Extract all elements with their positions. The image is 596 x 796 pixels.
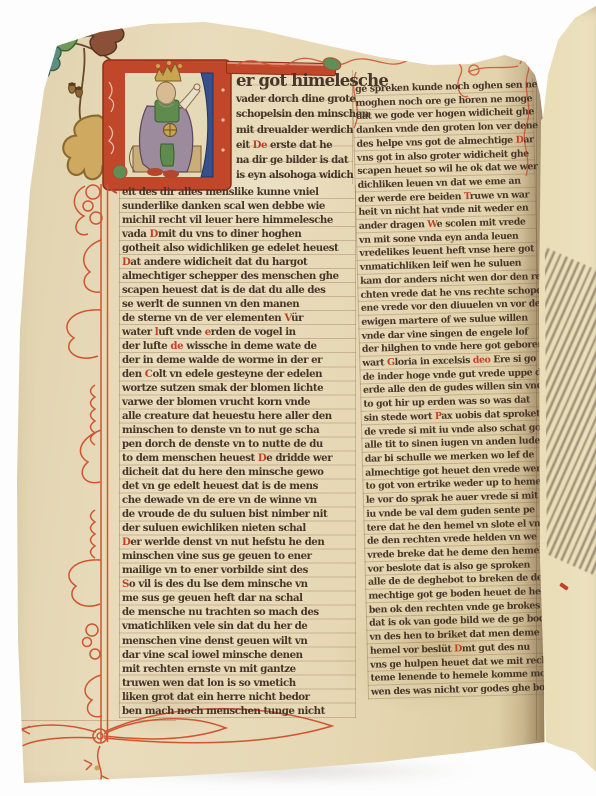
text-line: vmatichliken vele sin dat du her de bbox=[122, 619, 355, 633]
text-column-left: eit des dir alles menslike kunne vnielsu… bbox=[119, 185, 356, 718]
text-line: pen dorch de denste vn to nutte de du bbox=[122, 437, 355, 451]
teal-oak-leaf bbox=[19, 36, 68, 87]
illuminated-initial bbox=[103, 60, 233, 196]
acorn-cluster bbox=[69, 83, 83, 97]
text-line: scapen heuest dat is de dat du alle des bbox=[122, 283, 355, 297]
manuscript-page-recto: er got himeleschevader dorch dine grotes… bbox=[0, 0, 596, 796]
red-shoe bbox=[163, 170, 179, 178]
text-line: menschen vine denst geuen wilt vn bbox=[122, 634, 355, 648]
brown-oak-leaf bbox=[83, 10, 128, 60]
text-line: mit rechten ernste vn mit gantze bbox=[122, 662, 355, 676]
text-column-left-head: er got himeleschevader dorch dine grotes… bbox=[236, 70, 353, 184]
text-line: de vroude de du suluen bist nimber nit bbox=[122, 507, 355, 521]
text-line: de mensche nu trachten so mach des bbox=[122, 605, 355, 619]
text-line: minschen to denste vn to nut ge scha bbox=[122, 423, 355, 437]
text-column-right: ge spreken kunde noch oghen sen nemoghen… bbox=[352, 78, 549, 699]
raised-hand bbox=[194, 84, 200, 90]
green-ball-terminal bbox=[113, 165, 127, 179]
text-line: water luft vnde erden de vogel in bbox=[122, 325, 355, 339]
text-line: me sus ge geuen heft dar na schal bbox=[122, 591, 355, 605]
next-page-text bbox=[536, 44, 596, 724]
text-line: der suluen ewichliken nieten schal bbox=[122, 521, 355, 535]
text-line: is eyn alsohoga widich bbox=[236, 168, 352, 183]
next-page-text-lines bbox=[536, 111, 596, 717]
text-line: to dem menschen heuest De dridde wer bbox=[122, 451, 355, 465]
rubricated-text: de bbox=[170, 340, 183, 352]
text-line: liken grot dat ein herre nicht bedor bbox=[122, 690, 355, 704]
text-line: der in deme walde de worme in der er bbox=[122, 353, 355, 367]
text-line: er got himelesche bbox=[236, 70, 352, 92]
text-line: Der werlde denst vn nut hefstu he den bbox=[122, 535, 355, 549]
text-line: ben mach noch menschen tunge nicht bbox=[122, 704, 355, 718]
text-line: vader dorch dine grote bbox=[236, 92, 352, 107]
text-line: dicheit dat du here den minsche gewo bbox=[122, 465, 355, 479]
text-line: So vil is des du lse dem minsche vn bbox=[122, 577, 355, 591]
red-shoe bbox=[147, 168, 163, 176]
green-leg bbox=[160, 144, 174, 166]
text-line: alle creature dat heuestu here aller den bbox=[122, 409, 355, 423]
rubricated-text: D bbox=[258, 452, 266, 464]
text-line: eit des dir alles menslike kunne vniel bbox=[122, 185, 355, 199]
text-line: der lufte de wissche in deme wate de bbox=[122, 339, 355, 353]
text-line: sunderlike danken scal wen debbe wie bbox=[122, 199, 355, 213]
text-line: Dat andere widicheit dat du hargot bbox=[122, 255, 355, 269]
text-line: gotheit also widichliken ge edelet heues… bbox=[122, 241, 355, 255]
text-line: michil recht vil leuer here himmelesche bbox=[122, 213, 355, 227]
text-line: det vn ge edelt heuest dat is de mens bbox=[122, 479, 355, 493]
text-line: se werlt de sunnen vn den manen bbox=[122, 297, 355, 311]
rubricated-text: De bbox=[253, 139, 267, 151]
rubricated-text: W bbox=[427, 219, 437, 230]
text-line: eit De erste dat he bbox=[236, 138, 352, 153]
text-line: wortze sutzen smak der blomen lichte bbox=[122, 381, 355, 395]
text-line: che dewade vn de ere vn de winne vn bbox=[122, 493, 355, 507]
text-line: schopelsin den minschen bbox=[236, 107, 352, 122]
text-line: den Colt vn edele gesteyne der edelen bbox=[122, 367, 355, 381]
text-line: truwen wen dat lon is so vmetich bbox=[122, 676, 355, 690]
text-line: mit dreualder werdich bbox=[236, 123, 352, 138]
rubricated-text: deo bbox=[473, 355, 491, 366]
rubricated-text: D bbox=[150, 228, 158, 240]
text-line: dar vine scal iowel minsche denen bbox=[122, 648, 355, 662]
manuscript-photo: er got himeleschevader dorch dine grotes… bbox=[0, 0, 596, 796]
text-line: vada Dmit du vns to diner hoghen bbox=[122, 227, 355, 241]
text-line: minschen vine sus ge geuen to ener bbox=[122, 549, 355, 563]
text-line: varwe der blomen vrucht korn vnde bbox=[122, 395, 355, 409]
text-line: mailige vn to ener vorbilde sint des bbox=[122, 563, 355, 577]
rubricated-text: S bbox=[122, 578, 129, 590]
gold-dot bbox=[95, 766, 100, 771]
text-line: na dir ge bilder is dat bbox=[236, 153, 352, 168]
text-line: almechtiger schepper des menschen ghe bbox=[122, 269, 355, 283]
text-line: de sterne vn de ver elementen Vür bbox=[122, 311, 355, 325]
